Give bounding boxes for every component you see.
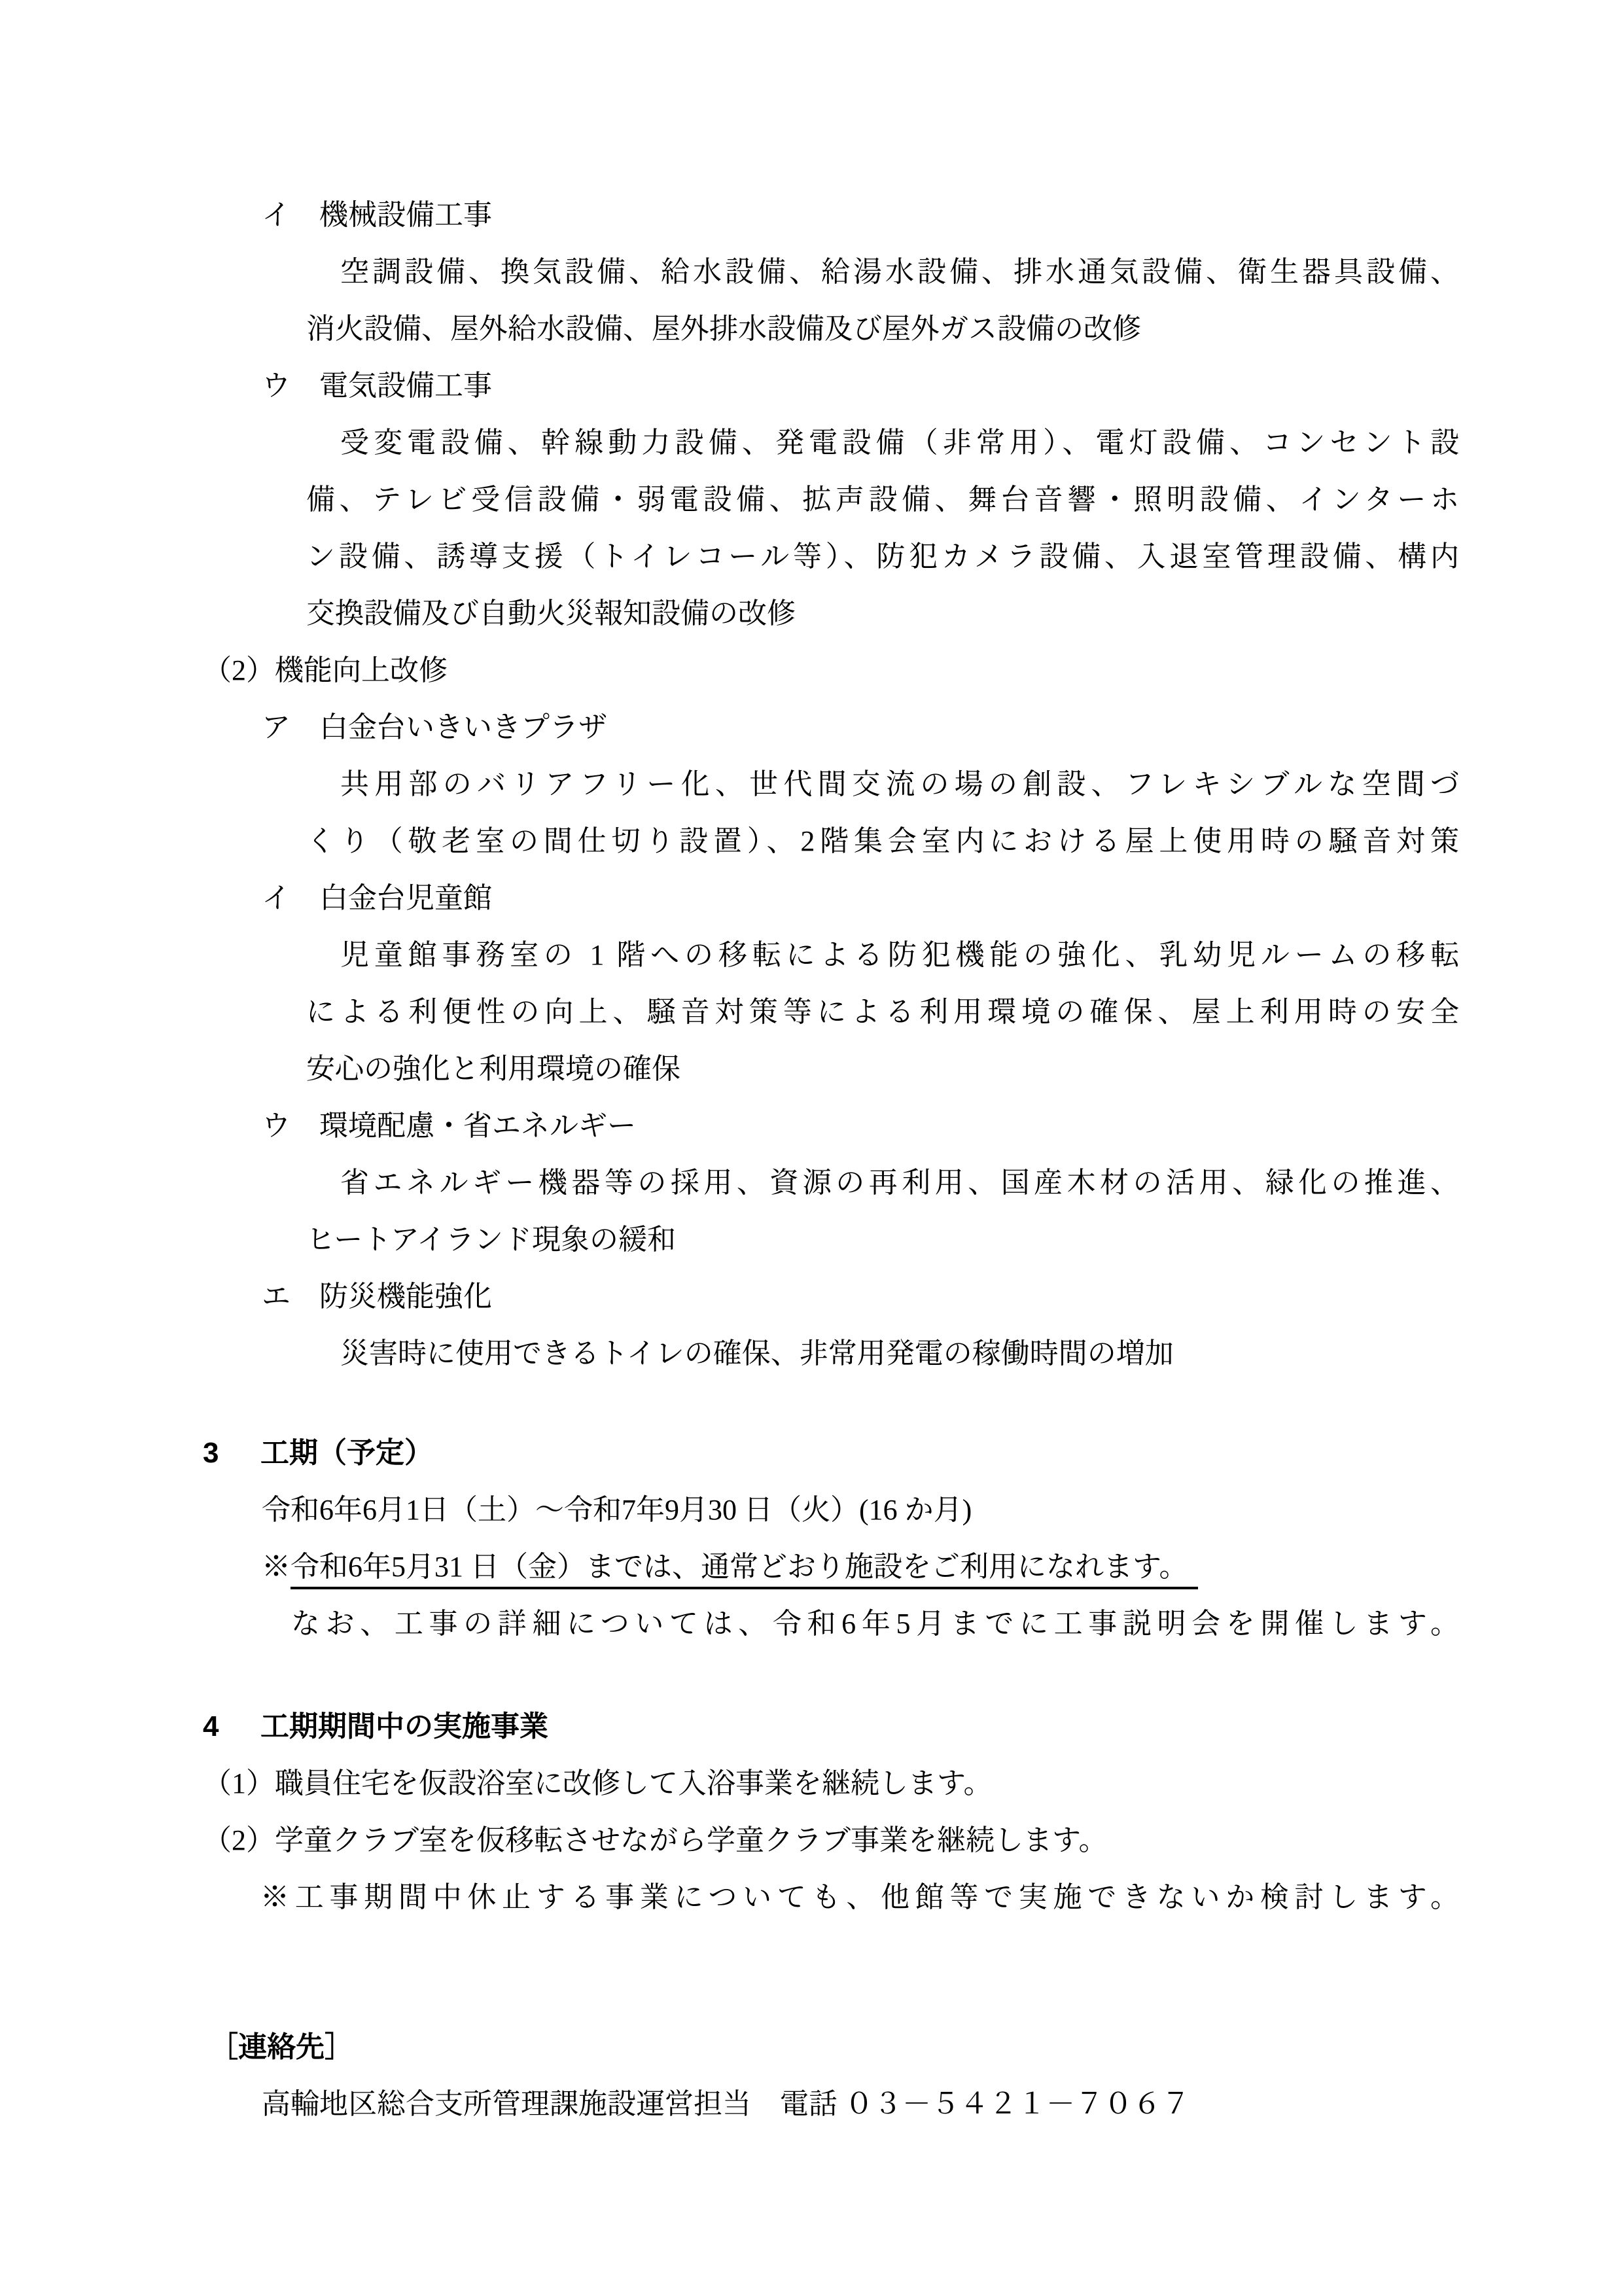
- text-line: 災害時に使用できるトイレの確保、非常用発電の稼働時間の増加: [0, 1325, 1622, 1382]
- section-number: 4: [203, 1698, 260, 1755]
- text-line: くり（敬老室の間仕切り設置）、2階集会室内における屋上使用時の騒音対策: [0, 813, 1622, 870]
- text-line: 交換設備及び自動火災報知設備の改修: [0, 585, 1622, 642]
- text-line: ウ 環境配慮・省エネルギー: [0, 1097, 1622, 1154]
- text-line: 高輪地区総合支所管理課施設運営担当 電話 ０３－５４２１－７０６７: [0, 2075, 1622, 2132]
- text-line: 児童館事務室の 1 階への移転による防犯機能の強化、乳幼児ルームの移転: [0, 927, 1622, 983]
- text-line: 安心の強化と利用環境の確保: [0, 1040, 1622, 1097]
- text-line: なお、工事の詳細については、令和6年5月までに工事説明会を開催します。: [0, 1595, 1622, 1652]
- text-line: による利便性の向上、騒音対策等による利用環境の確保、屋上利用時の安全: [0, 983, 1622, 1040]
- underlined-text: 令和6年5月31 日（金）までは、通常どおり施設をご利用になれます。: [291, 1551, 1198, 1589]
- text-line: 消火設備、屋外給水設備、屋外排水設備及び屋外ガス設備の改修: [0, 300, 1622, 357]
- text-line: ※令和6年5月31 日（金）までは、通常どおり施設をご利用になれます。: [0, 1538, 1622, 1595]
- text-line: 3工期（予定）: [0, 1424, 1622, 1481]
- text-line: 4工期期間中の実施事業: [0, 1698, 1622, 1755]
- text-line: イ 機械設備工事: [0, 186, 1622, 243]
- text-line: ア 白金台いきいきプラザ: [0, 699, 1622, 756]
- text-line: ［連絡先］: [0, 2019, 1622, 2075]
- document-page: イ 機械設備工事空調設備、換気設備、給水設備、給湯水設備、排水通気設備、衛生器具…: [0, 0, 1622, 2296]
- section-number: 3: [203, 1424, 260, 1481]
- text-line: 省エネルギー機器等の採用、資源の再利用、国産木材の活用、緑化の推進、: [0, 1154, 1622, 1211]
- spacer: [0, 1382, 1622, 1424]
- text-line: 令和6年6月1日（土）～令和7年9月30 日（火）(16 か月): [0, 1481, 1622, 1538]
- spacer: [0, 1652, 1622, 1698]
- text-line: （2）機能向上改修: [0, 642, 1622, 699]
- text-line: ン設備、誘導支援（トイレコール等）、防犯カメラ設備、入退室管理設備、構内: [0, 528, 1622, 585]
- text-line: 受変電設備、幹線動力設備、発電設備（非常用）、電灯設備、コンセント設: [0, 414, 1622, 471]
- text-line: ※工事期間中休止する事業についても、他館等で実施できないか検討します。: [0, 1869, 1622, 1926]
- text-line: 空調設備、換気設備、給水設備、給湯水設備、排水通気設備、衛生器具設備、: [0, 243, 1622, 300]
- text-line: イ 白金台児童館: [0, 870, 1622, 927]
- text-line: ヒートアイランド現象の緩和: [0, 1211, 1622, 1268]
- text-line: エ 防災機能強化: [0, 1268, 1622, 1325]
- spacer: [0, 1926, 1622, 2019]
- text-line: （2）学童クラブ室を仮移転させながら学童クラブ事業を継続します。: [0, 1812, 1622, 1869]
- text-line: 備、テレビ受信設備・弱電設備、拡声設備、舞台音響・照明設備、インターホ: [0, 471, 1622, 528]
- text-line: （1）職員住宅を仮設浴室に改修して入浴事業を継続します。: [0, 1755, 1622, 1812]
- text-line: 共用部のバリアフリー化、世代間交流の場の創設、フレキシブルな空間づ: [0, 756, 1622, 813]
- text-line: ウ 電気設備工事: [0, 357, 1622, 414]
